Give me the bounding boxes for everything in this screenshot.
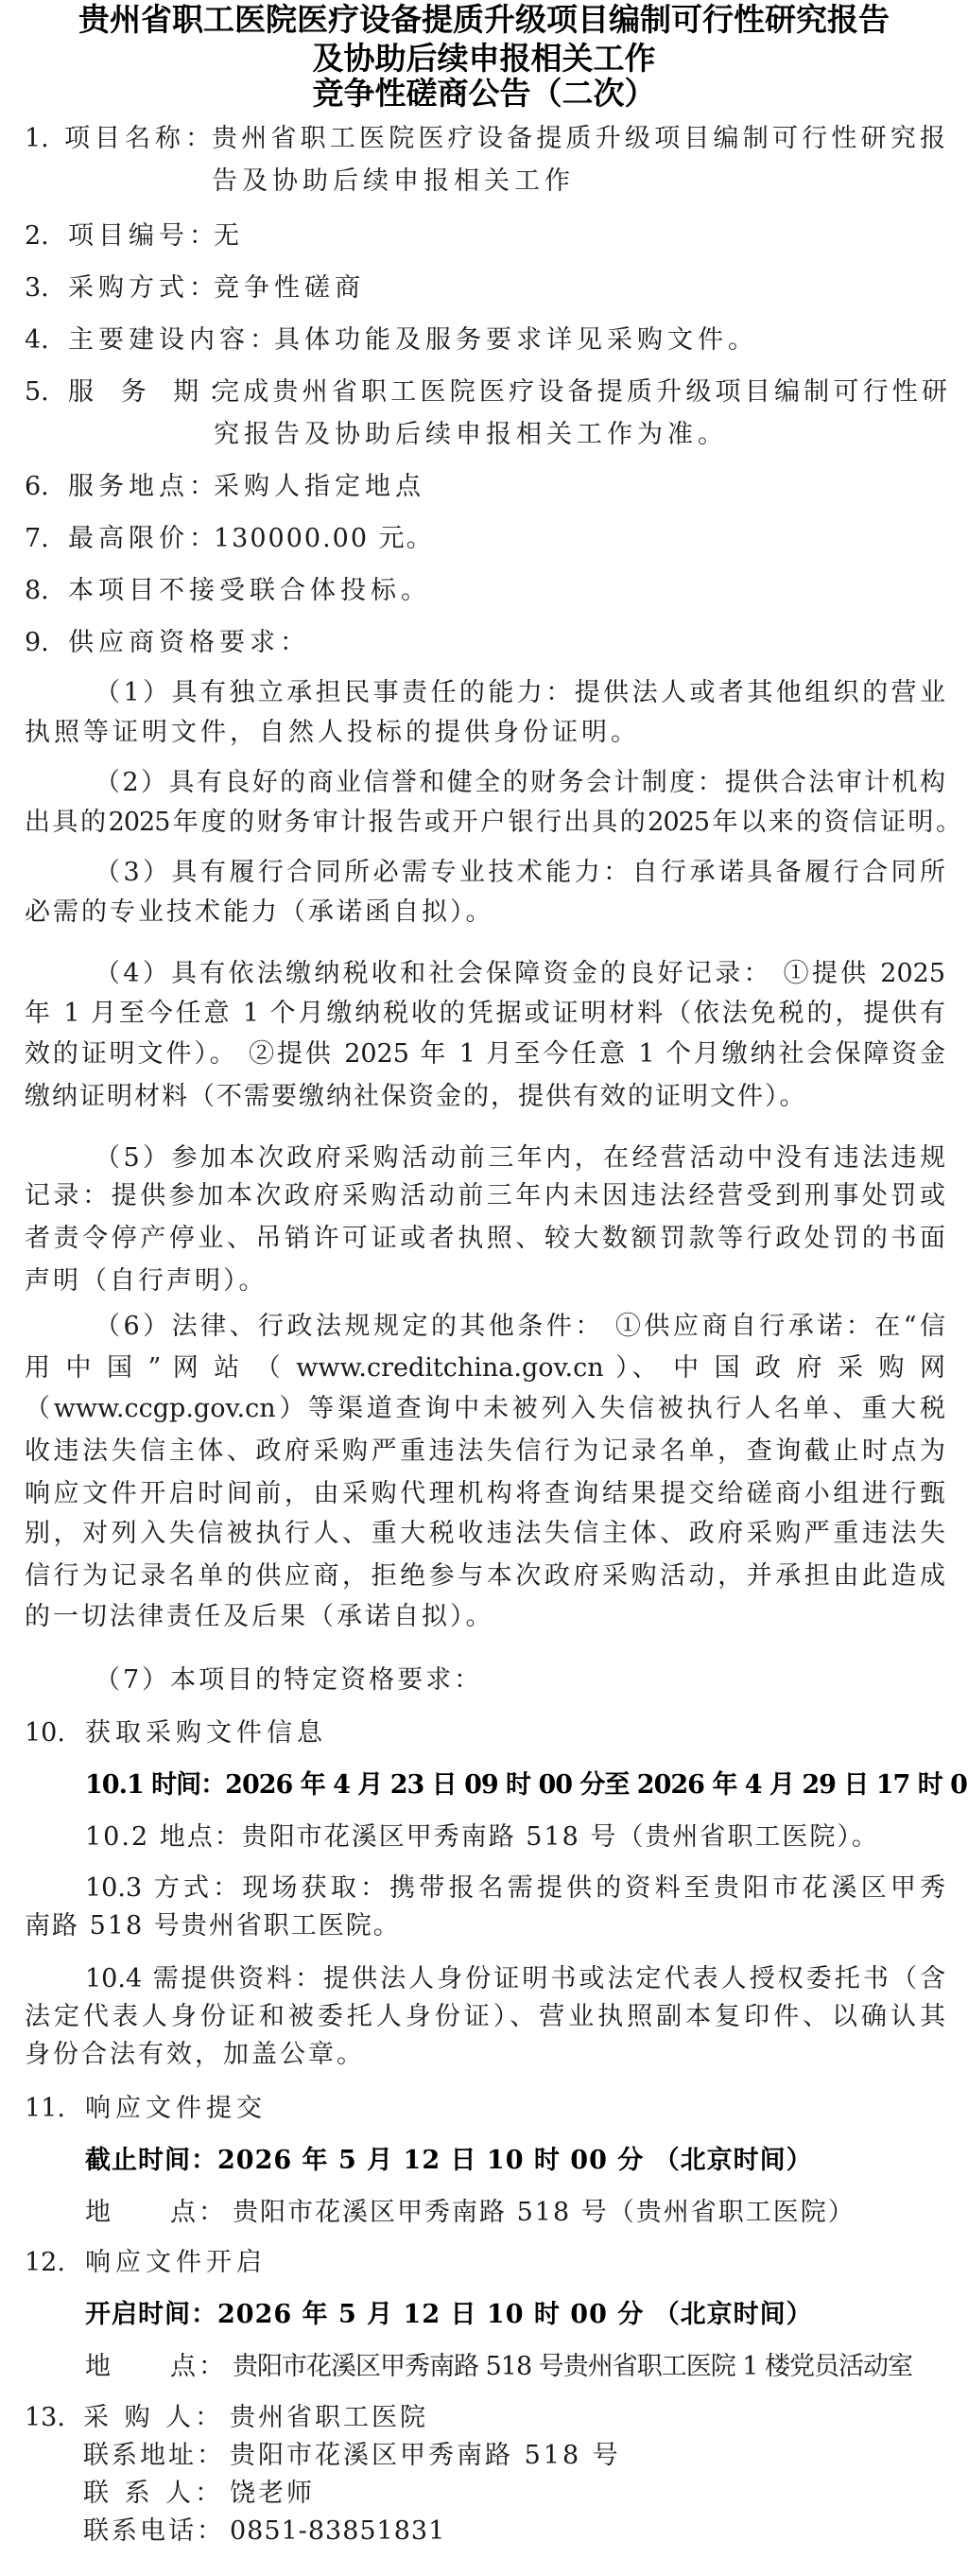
buyer-value: 贵州省职工医院 [230, 2399, 428, 2437]
obtain-time: 10.1 时间：2026 年 4 月 23 日 09 时 00 分至 2026 … [85, 1767, 955, 1804]
item-label: 最高限价： [68, 520, 219, 558]
req-line: 声明（自行声明）。 [25, 1262, 268, 1300]
item-value-cont: 究报告及协助后续申报相关工作为准。 [214, 416, 728, 454]
item-value: 竞争性磋商 [214, 270, 365, 307]
req-line: 收违法失信主体、政府采购严重违法失信行为记录名单，查询截止时点为 [25, 1433, 945, 1471]
item-number: 6. [25, 468, 49, 506]
item-text: 获取采购文件信息 [85, 1714, 327, 1752]
req-line: （www.ccgp.gov.cn）等渠道查询中未被列入失信被执行人名单、重大税 [25, 1390, 945, 1428]
submission-place-label: 地 点： [85, 2194, 227, 2232]
obtain-materials-cont: 法定代表人身份证和被委托人身份证）、营业执照副本复印件、以确认其 [25, 1998, 945, 2036]
req-line: 执照等证明文件，自然人投标的提供身份证明。 [25, 714, 640, 752]
item-value: 具体功能及服务要求详见采购文件。 [274, 322, 758, 359]
opening-place: 贵阳市花溪区甲秀南路 518 号贵州省职工医院 1 楼党员活动室 [233, 2348, 912, 2386]
obtain-materials-cont: 身份合法有效，加盖公章。 [25, 2036, 365, 2074]
item-label: 服务地点： [68, 468, 219, 506]
req-line: （6）法律、行政法规规定的其他条件： ①供应商自行承诺：在“信 [95, 1308, 945, 1346]
item-label: 采购方式： [68, 270, 219, 307]
item-number: 13. [25, 2399, 65, 2437]
title-line-3: 竞争性磋商公告（二次） [0, 76, 968, 112]
item-value: 采购人指定地点 [214, 468, 425, 506]
item-label: 项目编号： [68, 218, 219, 255]
req-line: 出具的2025年度的财务审计报告或开户银行出具的2025年以来的资信证明。 [25, 804, 960, 842]
req-line: （2）具有良好的商业信誉和健全的财务会计制度：提供合法审计机构 [95, 764, 945, 802]
title-line-2: 及协助后续申报相关工作 [0, 41, 968, 77]
item-number: 1. [25, 120, 49, 158]
item-number: 4. [25, 322, 49, 359]
requirement-7: （7）本项目的特定资格要求： [95, 1662, 482, 1699]
req-line: （4）具有依法缴纳税收和社会保障资金的良好记录： ①提供 2025 [95, 955, 945, 993]
item-value: 130000.00 元。 [214, 520, 434, 558]
address-value: 贵阳市花溪区甲秀南路 518 号 [230, 2437, 621, 2475]
item-value: 贵州省职工医院医疗设备提质升级项目编制可行性研究报 [212, 120, 945, 158]
req-line: （5）参加本次政府采购活动前三年内，在经营活动中没有违法违规 [95, 1140, 945, 1177]
item-value: 完成贵州省职工医院医疗设备提质升级项目编制可行性研 [214, 374, 947, 411]
item-number: 2. [25, 218, 49, 255]
item-number: 12. [25, 2244, 65, 2282]
submission-place: 贵阳市花溪区甲秀南路 518 号（贵州省职工医院） [233, 2194, 856, 2232]
req-line: 必需的专业技术能力（承诺函自拟）。 [25, 894, 494, 931]
item-label: 项目名称： [64, 120, 216, 158]
item-text: 本项目不接受联合体投标。 [68, 572, 431, 610]
req-line: 者责令停产停业、吊销许可证或者执照、较大数额罚款等行政处罚的书面 [25, 1220, 945, 1258]
item-text: 响应文件提交 [85, 2090, 267, 2128]
obtain-method: 10.3 方式：现场获取：携带报名需提供的资料至贵阳市花溪区甲秀 [85, 1870, 945, 1907]
item-number: 7. [25, 520, 49, 558]
req-line: 效的证明文件）。 ②提供 2025 年 1 月至今任意 1 个月缴纳社会保障资金 [25, 1036, 945, 1073]
req-line: 的一切法律责任及后果（承诺自拟）。 [25, 1598, 494, 1636]
contact-label: 联 系 人： [83, 2475, 224, 2513]
item-value: 无 [214, 218, 239, 255]
item-number: 11. [25, 2090, 65, 2128]
item-number: 9. [25, 624, 49, 662]
phone-value: 0851-83851831 [230, 2513, 445, 2550]
submission-deadline: 截止时间：2026 年 5 月 12 日 10 时 00 分 （北京时间） [85, 2142, 813, 2180]
title-line-1: 贵州省职工医院医疗设备提质升级项目编制可行性研究报告 [0, 2, 968, 38]
obtain-materials: 10.4 需提供资料：提供法人身份证明书或法定代表人授权委托书（含 [85, 1960, 945, 1998]
req-line: 年 1 月至今任意 1 个月缴纳税收的凭据或证明材料（依法免税的，提供有 [25, 995, 945, 1033]
opening-time: 开启时间：2026 年 5 月 12 日 10 时 00 分 （北京时间） [85, 2296, 813, 2334]
item-number: 8. [25, 572, 49, 610]
buyer-label: 采 购 人： [83, 2399, 224, 2437]
obtain-method-cont: 南路 518 号贵州省职工医院。 [25, 1907, 401, 1945]
phone-label: 联系电话： [83, 2513, 225, 2550]
opening-place-label: 地 点： [85, 2348, 227, 2386]
req-line: 别，对列入失信被执行人、重大税收违法失信主体、政府采购严重违法失 [25, 1515, 945, 1553]
obtain-place: 10.2 地点：贵阳市花溪区甲秀南路 518 号（贵州省职工医院）。 [85, 1819, 879, 1856]
req-line: 用 中 国 ” 网 站 （ www.creditchina.gov.cn ）、 … [25, 1349, 945, 1387]
item-number: 5. [25, 374, 49, 411]
item-number: 3. [25, 270, 49, 307]
address-label: 联系地址： [83, 2437, 225, 2475]
item-label: 主要建设内容： [68, 322, 280, 359]
req-line: 缴纳证明材料（不需要缴纳社保资金的，提供有效的证明文件）。 [25, 1078, 807, 1116]
req-line: （3）具有履行合同所必需专业技术能力：自行承诺具备履行合同所 [95, 854, 945, 892]
item-number: 10. [25, 1714, 65, 1752]
item-text: 供应商资格要求： [68, 624, 310, 662]
item-value-cont: 告及协助后续申报相关工作 [212, 163, 575, 200]
item-text: 响应文件开启 [85, 2244, 267, 2282]
req-line: （1）具有独立承担民事责任的能力：提供法人或者其他组织的营业 [95, 674, 945, 712]
req-line: 信行为记录名单的供应商，拒绝参与本次政府采购活动，并承担由此造成 [25, 1558, 945, 1595]
contact-value: 饶老师 [230, 2475, 315, 2513]
req-line: 记录：提供参加本次政府采购活动前三年内未因违法经营受到刑事处罚或 [25, 1177, 945, 1215]
req-line: 响应文件开启时间前，由采购代理机构将查询结果提交给磋商小组进行甄 [25, 1475, 945, 1513]
